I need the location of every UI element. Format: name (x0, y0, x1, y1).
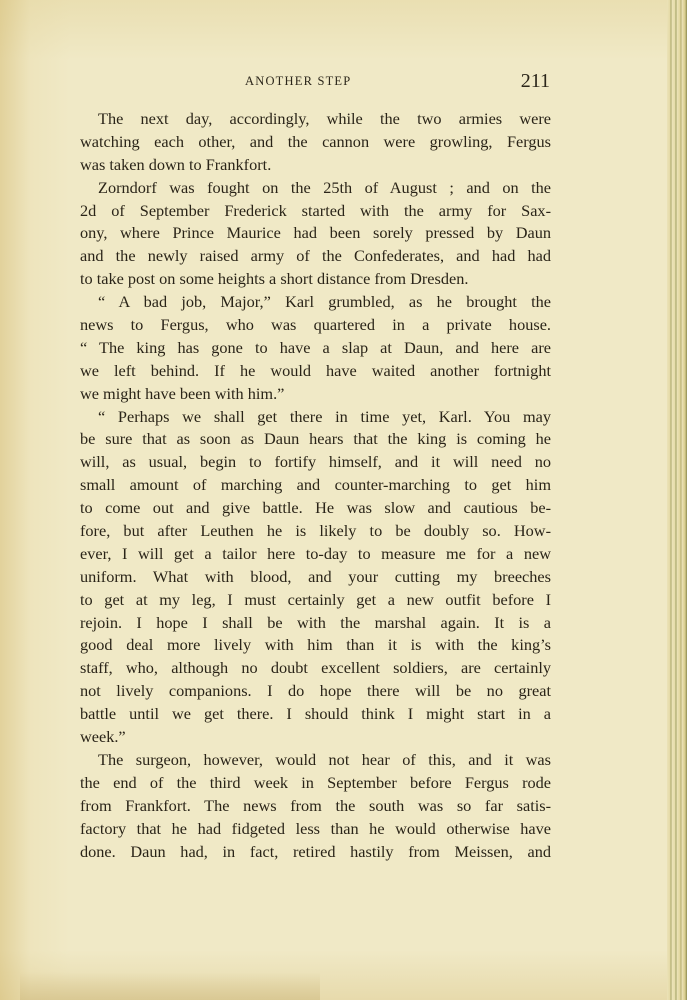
text-line: the end of the third week in September b… (80, 772, 551, 795)
text-line: “ A bad job, Major,” Karl grumbled, as h… (80, 291, 551, 314)
text-line: small amount of marching and counter-mar… (80, 474, 551, 497)
page-shadow (20, 972, 320, 1000)
text-line: fore, but after Leuthen he is likely to … (80, 520, 551, 543)
text-line: Zorndorf was fought on the 25th of Augus… (80, 177, 551, 200)
body-text: The next day, accordingly, while the two… (80, 108, 551, 863)
text-line: “ The king has gone to have a slap at Da… (80, 337, 551, 360)
text-line: good deal more lively with him than it i… (80, 634, 551, 657)
text-line: ever, I will get a tailor here to-day to… (80, 543, 551, 566)
page-number: 211 (521, 70, 550, 93)
text-line: uniform. What with blood, and your cutti… (80, 566, 551, 589)
text-line: from Frankfort. The news from the south … (80, 795, 551, 818)
text-line: was taken down to Frankfort. (80, 154, 551, 177)
text-line: news to Fergus, who was quartered in a p… (80, 314, 551, 337)
text-line: and the newly raised army of the Confede… (80, 245, 551, 268)
text-line: The next day, accordingly, while the two… (80, 108, 551, 131)
running-header: ANOTHER STEP 211 (80, 70, 550, 94)
text-line: “ Perhaps we shall get there in time yet… (80, 406, 551, 429)
text-line: done. Daun had, in fact, retired hastily… (80, 841, 551, 864)
text-line: to take post on some heights a short dis… (80, 268, 551, 291)
text-line: be sure that as soon as Daun hears that … (80, 428, 551, 451)
text-line: battle until we get there. I should thin… (80, 703, 551, 726)
text-line: factory that he had fidgeted less than h… (80, 818, 551, 841)
text-line: to get at my leg, I must certainly get a… (80, 589, 551, 612)
text-line: not lively companions. I do hope there w… (80, 680, 551, 703)
text-line: to come out and give battle. He was slow… (80, 497, 551, 520)
text-line: we left behind. If he would have waited … (80, 360, 551, 383)
text-line: 2d of September Frederick started with t… (80, 200, 551, 223)
book-page: ANOTHER STEP 211 The next day, according… (0, 0, 687, 1000)
text-line: will, as usual, begin to fortify himself… (80, 451, 551, 474)
text-line: rejoin. I hope I shall be with the marsh… (80, 612, 551, 635)
page-edges (667, 0, 687, 1000)
text-line: we might have been with him.” (80, 383, 551, 406)
text-line: The surgeon, however, would not hear of … (80, 749, 551, 772)
running-title: ANOTHER STEP (245, 74, 351, 89)
text-line: week.” (80, 726, 551, 749)
text-line: watching each other, and the cannon were… (80, 131, 551, 154)
text-line: ony, where Prince Maurice had been sorel… (80, 222, 551, 245)
text-line: staff, who, although no doubt excellent … (80, 657, 551, 680)
